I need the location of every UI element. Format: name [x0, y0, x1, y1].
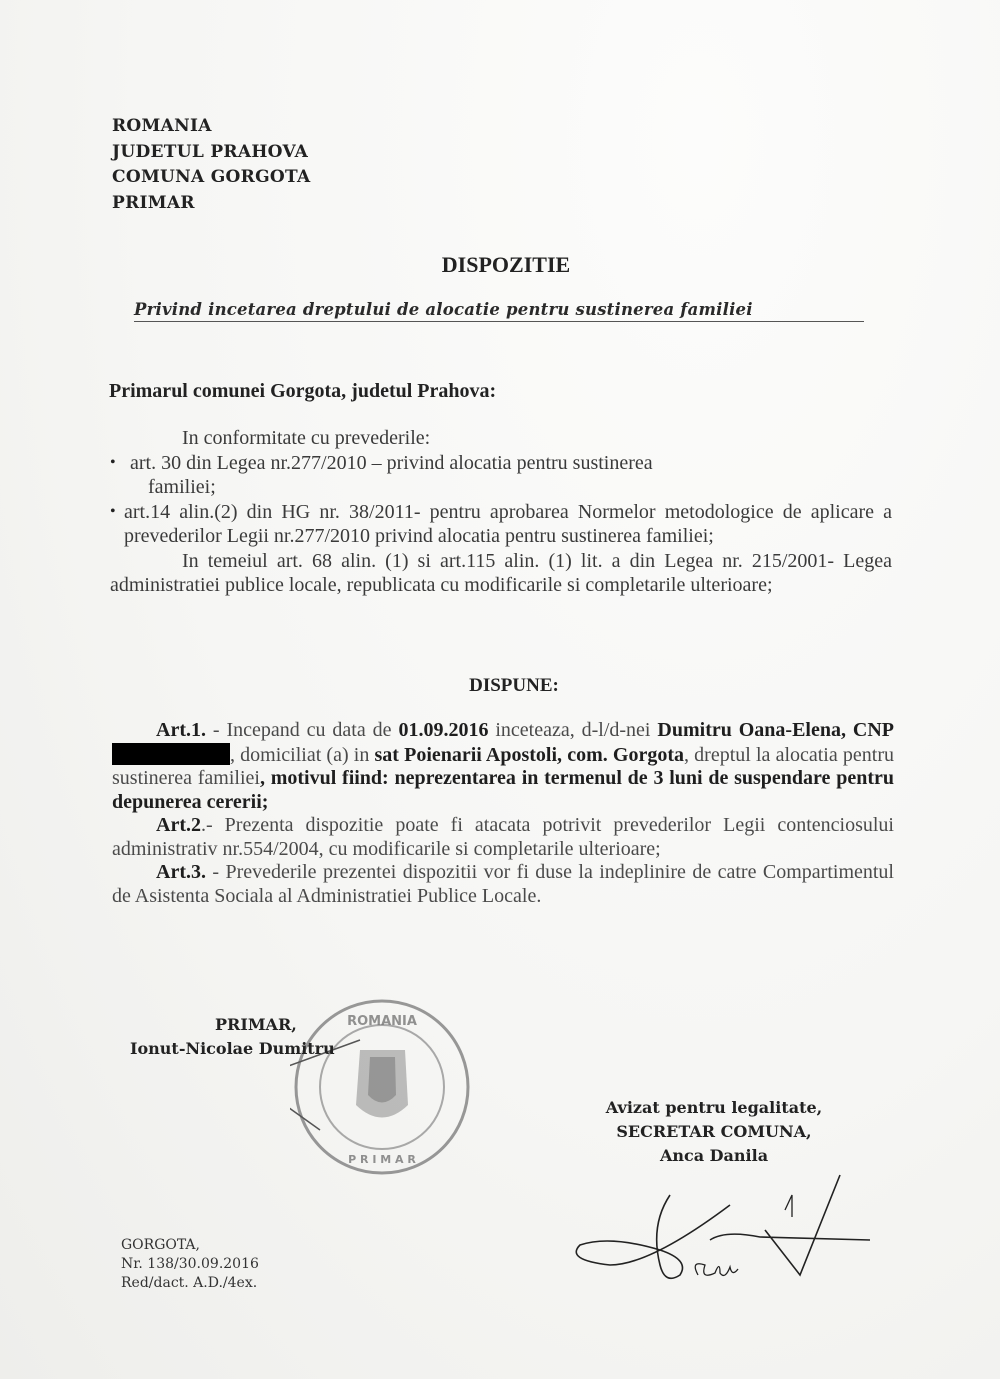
- bullet-item: • art. 30 din Legea nr.277/2010 – privin…: [110, 451, 892, 500]
- document-title: DISPOZITIE: [0, 252, 1000, 278]
- header-commune: COMUNA GORGOTA: [112, 165, 311, 191]
- mayor-name: Ionut-Nicolae Dumitru: [130, 1037, 335, 1061]
- legality-approval: Avizat pentru legalitate,: [584, 1096, 844, 1120]
- secretary-signature-block: Avizat pentru legalitate, SECRETAR COMUN…: [584, 1096, 844, 1168]
- footer-place: GORGOTA,: [121, 1236, 259, 1255]
- bullet-item: • art.14 alin.(2) din HG nr. 38/2011- pe…: [110, 500, 892, 549]
- legal-basis: In conformitate cu prevederile: • art. 3…: [110, 426, 892, 598]
- svg-text:ROMANIA: ROMANIA: [347, 1014, 417, 1029]
- document-footer: GORGOTA, Nr. 138/30.09.2016 Red/dact. A.…: [121, 1236, 259, 1293]
- bullet-icon: •: [110, 451, 116, 476]
- svg-text:P R I M A R: P R I M A R: [348, 1153, 416, 1166]
- redacted-cnp: [112, 743, 230, 765]
- header-office: PRIMAR: [112, 191, 311, 217]
- article-1: Art.1. - Incepand cu data de 01.09.2016 …: [112, 719, 894, 814]
- secretary-role: SECRETAR COMUNA,: [584, 1120, 844, 1144]
- header-country: ROMANIA: [112, 114, 311, 140]
- dispune-heading: DISPUNE:: [0, 675, 1000, 697]
- conformity-lead: In conformitate cu prevederile:: [110, 426, 892, 451]
- article-2: Art.2.- Prezenta dispozitie poate fi ata…: [112, 814, 894, 861]
- issuer-header: ROMANIA JUDETUL PRAHOVA COMUNA GORGOTA P…: [112, 114, 311, 216]
- articles: Art.1. - Incepand cu data de 01.09.2016 …: [112, 719, 894, 908]
- handwritten-signature-icon: [570, 1165, 890, 1285]
- mayor-signature-block: PRIMAR, Ionut-Nicolae Dumitru: [130, 1013, 335, 1061]
- header-county: JUDETUL PRAHOVA: [112, 140, 311, 166]
- footer-number: Nr. 138/30.09.2016: [121, 1255, 259, 1274]
- document-subtitle: Privind incetarea dreptului de alocatie …: [134, 300, 864, 322]
- article-3: Art.3. - Prevederile prezentei dispoziti…: [112, 861, 894, 908]
- intro-line: Primarul comunei Gorgota, judetul Prahov…: [109, 380, 496, 403]
- bullet-icon: •: [110, 500, 116, 525]
- document-page: ROMANIA JUDETUL PRAHOVA COMUNA GORGOTA P…: [0, 0, 1000, 1379]
- legal-ground: In temeiul art. 68 alin. (1) si art.115 …: [110, 549, 892, 598]
- mayor-role: PRIMAR,: [130, 1013, 335, 1037]
- footer-redactor: Red/dact. A.D./4ex.: [121, 1274, 259, 1293]
